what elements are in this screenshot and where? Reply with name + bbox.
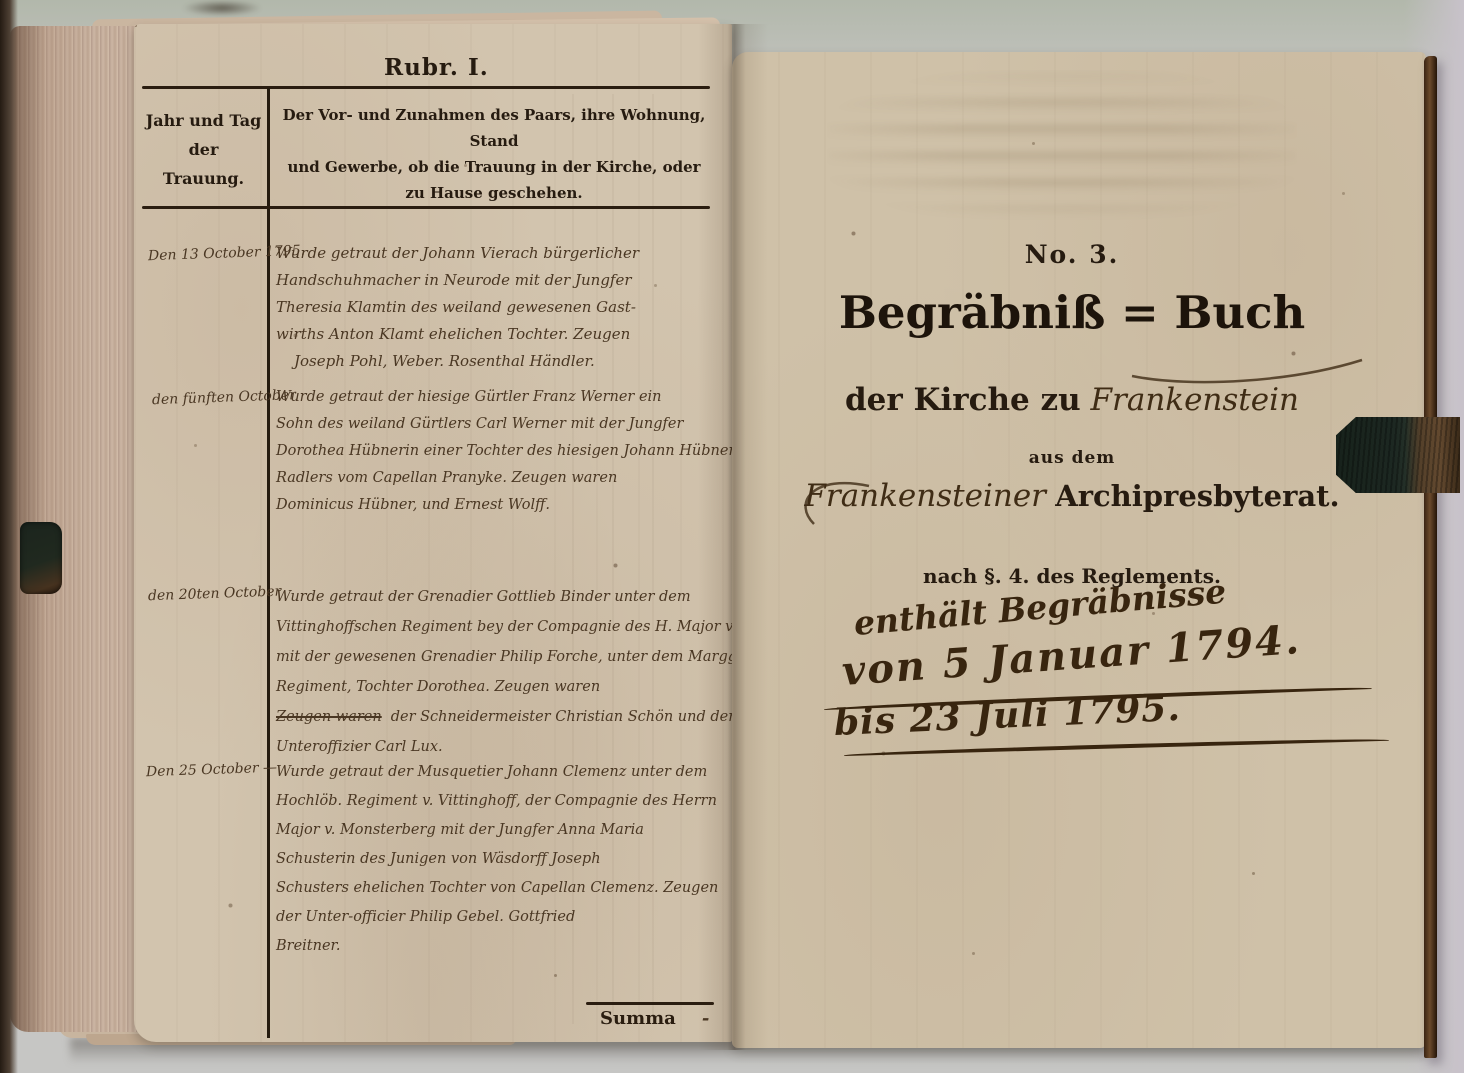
entry-date: Den 13 October 1795. [148, 244, 274, 264]
entry-line: Regiment, Tochter Dorothea. Zeugen waren [276, 672, 728, 702]
entry-line: Breitner. [276, 932, 728, 961]
right-page-title-leaf: No. 3. Begräbniß = Buch der Kirche zu Fr… [732, 52, 1426, 1048]
entry-line: Dominicus Hübner, und Ernest Wolff. [276, 492, 728, 519]
entry-date: den fünften October [152, 388, 278, 408]
book-cover-edge-right [1424, 56, 1437, 1058]
entry-line: Schusters ehelichen Tochter von Capellan… [276, 874, 728, 903]
connector-text: aus dem [732, 448, 1412, 468]
column-header-line: und Gewerbe, ob die Trauung in der Kirch… [274, 154, 714, 180]
entry-line: Schusterin des Junigen von Wäsdorff Jose… [276, 845, 728, 874]
entry-date: den 20ten October [148, 584, 274, 604]
entry-line: Joseph Pohl, Weber. Rosenthal Händler. [276, 348, 728, 375]
entry-line: Sohn des weiland Gürtlers Carl Werner mi… [276, 411, 728, 438]
table-column-divider [267, 88, 270, 1038]
column-header-line: Jahr und Tag [140, 106, 267, 135]
entry-line: Hochlöb. Regiment v. Vittinghoff, der Co… [276, 787, 728, 816]
entry-line: der Unter-officier Philip Gebel. Gottfri… [276, 903, 728, 932]
column-header-line: der [140, 135, 267, 164]
entry-line: Wurde getraut der hiesige Gürtler Franz … [276, 384, 728, 411]
book-cover-shadow-left [0, 0, 18, 1073]
entry-date: Den 25 October — [146, 760, 272, 780]
struck-text: Zeugen waren [276, 709, 382, 725]
photo-of-open-church-register: { "palette":{ "background":"#c9c7c4", "p… [0, 0, 1464, 1073]
left-page: Rubr. I. Jahr und Tag der Trauung. Der V… [134, 24, 732, 1042]
book-title: Begräbniß = Buch [732, 286, 1412, 339]
entry-line: der Schneidermeister Christian Schön und… [391, 709, 732, 725]
entry-line-with-correction: Zeugen warender Schneidermeister Christi… [276, 702, 728, 732]
entry-line: Wurde getraut der Grenadier Gottlieb Bin… [276, 582, 728, 612]
entry-line: Dorothea Hübnerin einer Tochter des hies… [276, 438, 728, 465]
volume-number: No. 3. [732, 240, 1412, 269]
subtitle-printed: der Kirche zu [845, 382, 1081, 418]
paper-stain [182, 0, 262, 16]
column-header-line: zu Hause geschehen. [274, 180, 714, 206]
entry-record: Wurde getraut der Johann Vierach bürgerl… [276, 240, 728, 375]
paper-speckles [732, 52, 735, 55]
entry-line: mit der gewesenen Grenadier Philip Forch… [276, 642, 728, 672]
summa-rule [586, 1002, 714, 1005]
entry-line: Wurde getraut der Musquetier Johann Clem… [276, 758, 728, 787]
entry-line: Vittinghoffschen Regiment bey der Compag… [276, 612, 728, 642]
ink-flourish [784, 472, 874, 532]
contents-note-line: bis 23 Juli 1795. [833, 687, 1182, 744]
entry-record: Wurde getraut der Musquetier Johann Clem… [276, 758, 728, 961]
origin-printed: Archipresbyterat. [1055, 479, 1339, 513]
summa-row: Summa- [600, 1008, 730, 1029]
column-header-line: Der Vor- und Zunahmen des Paars, ihre Wo… [274, 102, 714, 154]
entry-line: wirths Anton Klamt ehelichen Tochter. Ze… [276, 321, 728, 348]
ink-flourish [1112, 352, 1372, 392]
table-top-rule [142, 86, 710, 89]
clasp-remnant-left [20, 522, 62, 594]
show-through-ghost-text [827, 70, 1297, 222]
entry-line: Wurde getraut der Johann Vierach bürgerl… [276, 240, 728, 267]
paper-speckles [134, 24, 137, 27]
column-header-line: Trauung. [140, 164, 267, 193]
table-header-rule [142, 206, 710, 209]
column-header-date: Jahr und Tag der Trauung. [140, 106, 267, 193]
entry-line: Theresia Klamtin des weiland gewesenen G… [276, 294, 728, 321]
entry-line: Major v. Monsterberg mit der Jungfer Ann… [276, 816, 728, 845]
entry-record: Wurde getraut der hiesige Gürtler Franz … [276, 384, 728, 519]
entry-line: Radlers vom Capellan Pranyke. Zeugen war… [276, 465, 728, 492]
summa-value: - [702, 1008, 709, 1029]
rubric-heading: Rubr. I. [384, 54, 514, 81]
entry-record: Wurde getraut der Grenadier Gottlieb Bin… [276, 582, 728, 762]
column-header-names: Der Vor- und Zunahmen des Paars, ihre Wo… [274, 102, 714, 206]
entry-line: Handschuhmacher in Neurode mit der Jungf… [276, 267, 728, 294]
clasp-remnant-right [1336, 417, 1460, 493]
summa-label: Summa [600, 1008, 676, 1029]
